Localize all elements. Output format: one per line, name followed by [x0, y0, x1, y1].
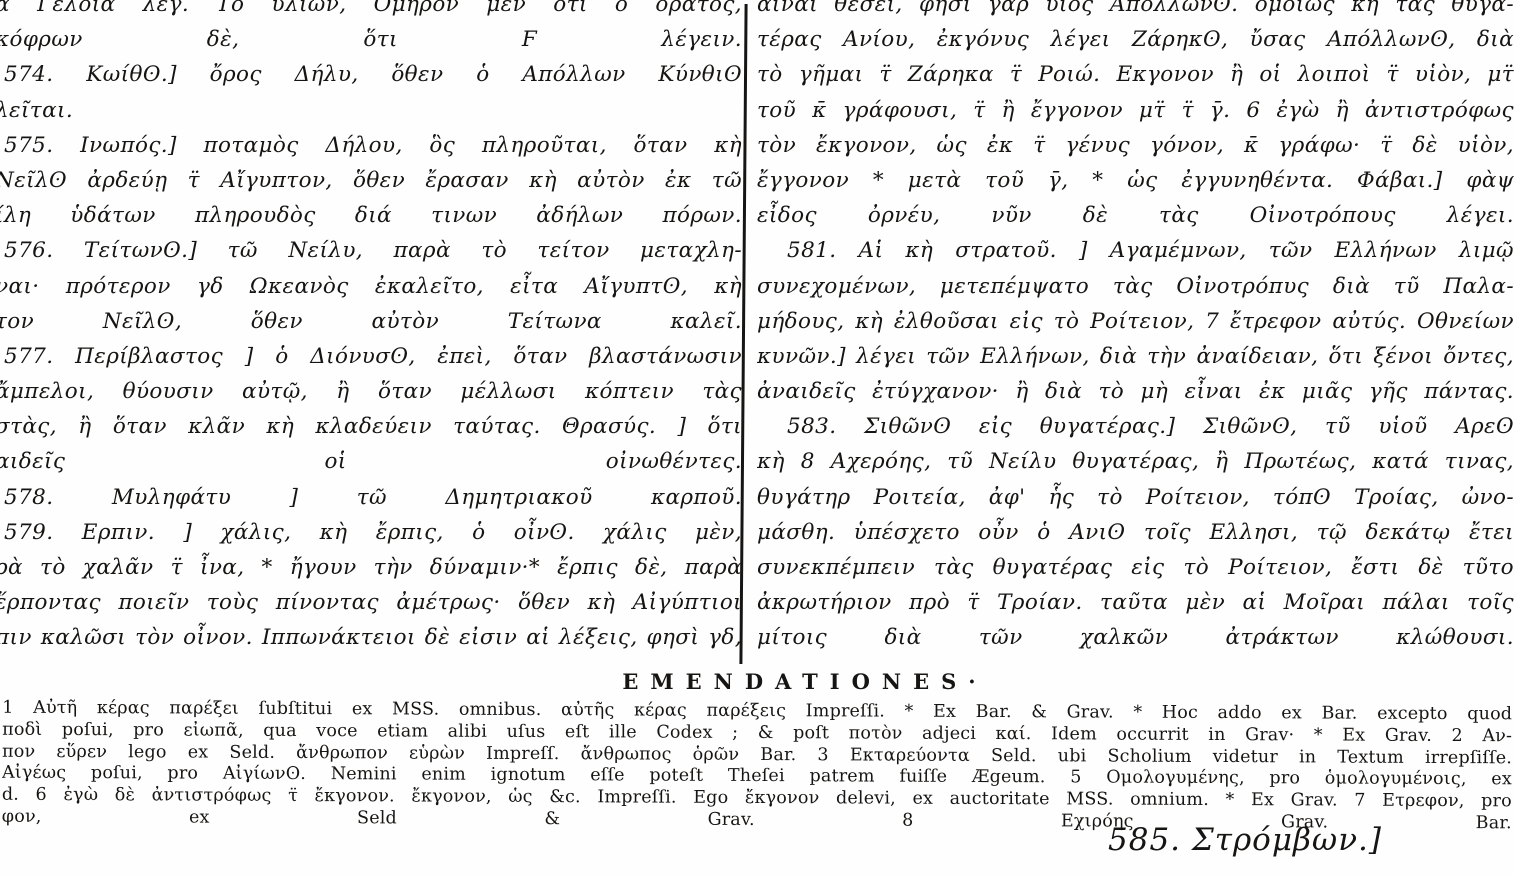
text-line: ἔγγονον * μετὰ τοῦ γ̄, * ὡς ἐγγυνηθέντα.… [757, 163, 1514, 198]
text-line: θυγάτηρ Ροιτεία, ἀφ' ἧς τὸ Ροίτειον, τόπ… [757, 480, 1514, 515]
text-line: τον Νεῖλʘ, ὅθεν αὐτὸν Τείτωνα καλεῖ. [0, 304, 742, 339]
text-line: ἕρποντας ποιεῖν τοὺς πίνοντας ἀμέτρως· ὅ… [0, 585, 742, 620]
text-line: πιν καλῶσι τὸν οἶνον. Ιππωνάκτειοι δὲ εἰ… [0, 620, 742, 655]
text-line: εἶδος ὀρνέυ, νῦν δὲ τὰς Οἰνοτρόπους λέγε… [757, 198, 1514, 233]
text-line: συνεχομένων, μετεπέμψατο τὰς Οἰνοτρόπυς … [757, 269, 1514, 304]
text-line: Νεῖλʘ ἀρδεύῃ τ̈ Αἴγυπτον, ὅθεν ἔρασαν κὴ… [0, 163, 742, 198]
text-line: 574. Κωίθʘ.] ὄρος Δήλυ, ὅθεν ὁ Απόλλων Κ… [0, 57, 742, 92]
text-line: κόφρων δὲ, ὅτι Ϝ λέγειν. [0, 22, 742, 57]
text-line: ρὰ τὸ χαλᾶν τ̈ ἶνα, * ἤγουν τὴν δύναμιν·… [0, 550, 742, 585]
left-text-column: α Γελοῖα λέγ. Τὸ ὑλίων, Ομηρον μὲν ὅτι ὁ… [0, 0, 742, 656]
emendationes-heading: EMENDATIONES· [48, 669, 1514, 694]
emendationes-notes: 1 Αὐτῆ κέρας παρέξει ſubſtitui ex MSS. o… [2, 698, 1513, 835]
text-line: τοῦ κ̄ γράφουσι, τ̈ ἢ ἔγγονον μτ̈ τ̈ γ̄.… [757, 93, 1514, 128]
text-line: 583. Σιθῶνʘ εἰς θυγατέρας.] Σιθῶνʘ, τῦ υ… [757, 409, 1514, 444]
text-line: 577. Περίβλαστος ] ὁ Διόνυσʘ, ἐπεὶ, ὅταν… [0, 339, 742, 374]
text-line: στὰς, ἢ ὅταν κλᾶν κὴ κλαδεύειν ταύτας. Θ… [0, 409, 742, 444]
text-line: 581. Αἱ κὴ στρατοῦ. ] Αγαμέμνων, τῶν Ελλ… [757, 233, 1514, 268]
text-line: τὸ γῆμαι τ̈ Ζάρηκα τ̈ Ροιώ. Εκγονον ἢ οἱ… [757, 57, 1514, 92]
text-line: συνεκπέμπειν τὰς θυγατέρας εἰς τὸ Ροίτει… [757, 550, 1514, 585]
text-line: ἀναιδεῖς ἐτύγχανον· ἢ διὰ τὸ μὴ εἶναι ἐκ… [757, 374, 1514, 409]
text-line: κὴ 8 Αχερόης, τῦ Νείλυ θυγατέρας, ἢ Πρωτ… [757, 444, 1514, 479]
book-page-scan: α Γελοῖα λέγ. Τὸ ὑλίων, Ομηρον μὲν ὅτι ὁ… [0, 0, 1514, 875]
text-line: 575. Ινωπός.] ποταμὸς Δήλου, ὃς πληροῦτα… [0, 128, 742, 163]
text-line: 579. Ερπιν. ] χάλις, κὴ ἔρπις, ὁ οἶνʘ. χ… [0, 515, 742, 550]
text-line: ίλη ὑδάτων πληρουδὸς διά τινων ἀδήλων πό… [0, 198, 742, 233]
text-line: ἀκρωτήριον πρὸ τ̈ Τροίαν. ταῦτα μὲν αἱ Μ… [757, 585, 1514, 620]
text-line: μίτοις διὰ τῶν χαλκῶν ἀτράκτων κλώθουσι. [757, 620, 1514, 655]
right-text-column: αῖναι θέσει, φησὶ γὰρ υἱὸς Απόλλωνʘ. ὁμο… [757, 0, 1514, 656]
next-section-catchword: 585. Στρόμβων.] [1108, 822, 1382, 858]
text-line: αιδεῖς οἱ οἰνωθέντες. [0, 444, 742, 479]
text-line: 576. Τείτωνʘ.] τῶ Νείλυ, παρὰ τὸ τείτον … [0, 233, 742, 268]
text-line: ναι· πρότερον γδ Ωκεανὸς ἐκαλεῖτο, εἶτα … [0, 269, 742, 304]
text-line: ἄμπελοι, θύουσιν αὐτῷ, ἢ ὅταν μέλλωσι κό… [0, 374, 742, 409]
text-line: τέρας Ανίου, ἐκγόνυς λέγει Ζάρηκʘ, ὔσας … [757, 22, 1514, 57]
text-line: α Γελοῖα λέγ. Τὸ ὑλίων, Ομηρον μὲν ὅτι ὁ… [0, 0, 742, 22]
text-line: κυνῶν.] λέγει τῶν Ελλήνων, διὰ τὴν ἀναίδ… [757, 339, 1514, 374]
text-line: 578. Μυληφάτυ ] τῶ Δημητριακοῦ καρποῦ. [0, 480, 742, 515]
text-line: μήδους, κὴ ἐλθοῦσαι εἰς τὸ Ροίτειον, 7 ἔ… [757, 304, 1514, 339]
text-line: μάσθη. ὑπέσχετο οὖν ὁ Ανιʘ τοῖς Ελλησι, … [757, 515, 1514, 550]
text-line: αῖναι θέσει, φησὶ γὰρ υἱὸς Απόλλωνʘ. ὁμο… [757, 0, 1514, 22]
text-line: τὸν ἔκγονον, ὡς ἐκ τ̈ γένυς γόνον, κ̄ γρ… [757, 128, 1514, 163]
text-line: λεῖται. [0, 93, 742, 128]
